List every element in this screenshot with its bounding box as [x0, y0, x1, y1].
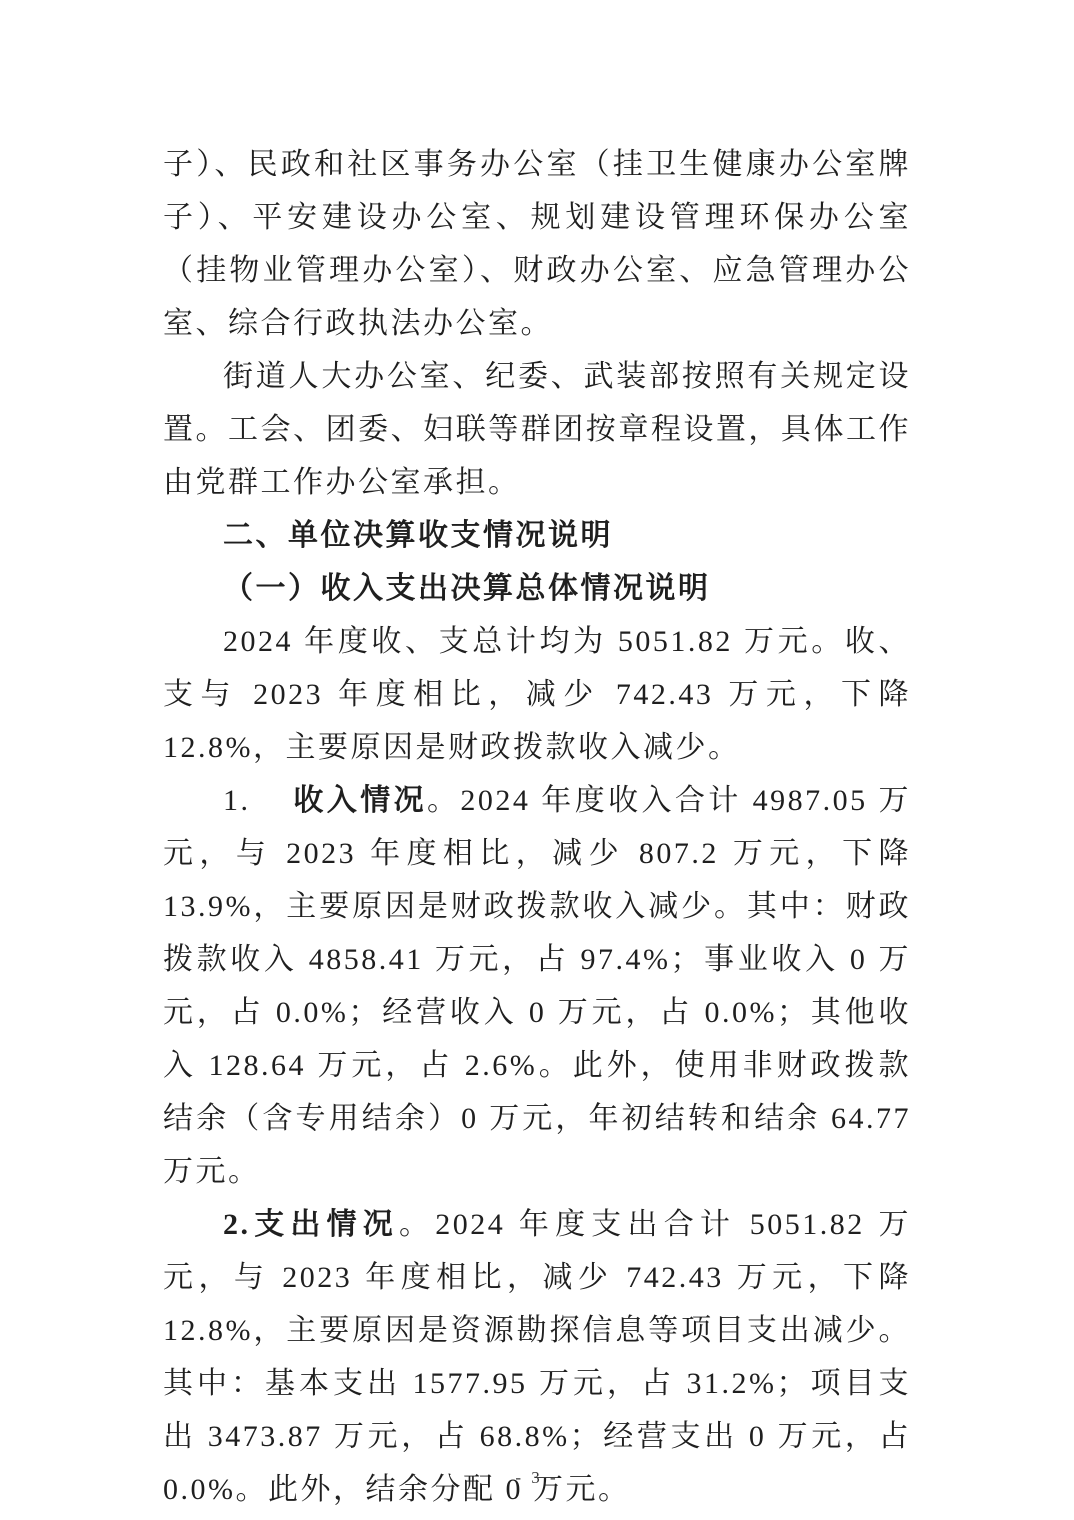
page-number: - 3 - [0, 1468, 1074, 1488]
document-body: 子）、民政和社区事务办公室（挂卫生健康办公室牌子）、平安建设办公室、规划建设管理… [163, 138, 911, 1516]
income-item-title: 收入情况 [293, 784, 428, 817]
income-item-number: 1. [223, 784, 251, 817]
expenditure-item-body: 。2024 年度支出合计 5051.82 万元，与 2023 年度相比，减少 7… [163, 1208, 911, 1506]
document-page: 子）、民政和社区事务办公室（挂卫生健康办公室牌子）、平安建设办公室、规划建设管理… [0, 0, 1074, 1520]
expenditure-item-title: 2.支出情况 [223, 1208, 399, 1241]
paragraph-total-overview: 2024 年度收、支总计均为 5051.82 万元。收、支与 2023 年度相比… [163, 615, 911, 774]
income-item-body: 。2024 年度收入合计 4987.05 万元，与 2023 年度相比，减少 8… [163, 784, 911, 1188]
paragraph-income: 1.收入情况。2024 年度收入合计 4987.05 万元，与 2023 年度相… [163, 774, 911, 1198]
section-heading-budget-overview: 二、单位决算收支情况说明 [163, 509, 911, 562]
paragraph-offices-continuation: 子）、民政和社区事务办公室（挂卫生健康办公室牌子）、平安建设办公室、规划建设管理… [163, 138, 911, 350]
paragraph-mass-organizations: 街道人大办公室、纪委、武装部按照有关规定设置。工会、团委、妇联等群团按章程设置，… [163, 350, 911, 509]
subsection-heading-income-expenditure: （一）收入支出决算总体情况说明 [163, 562, 911, 615]
